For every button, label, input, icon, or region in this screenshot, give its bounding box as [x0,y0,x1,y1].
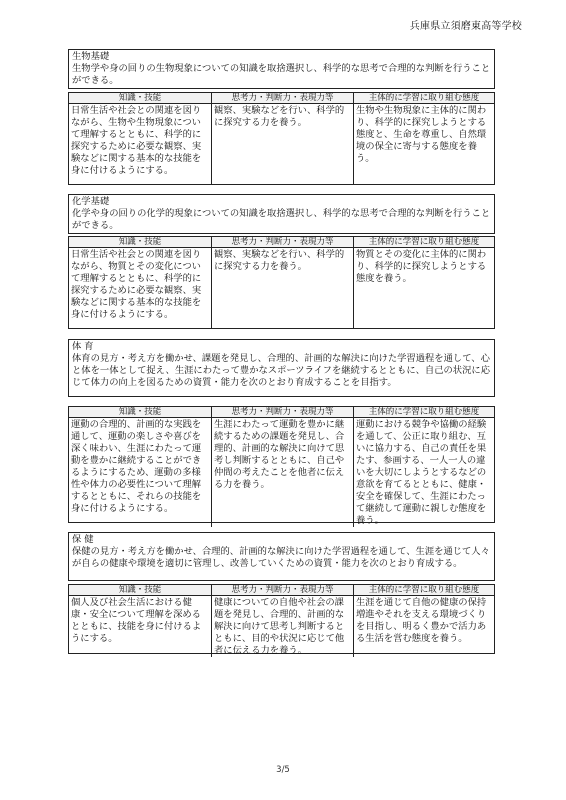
cell-thinking: 生涯にわたって運動を豊かに継続するための課題を発見し、合理的、計画的な解決に向け… [212,418,354,527]
subject-goal-box: 生物基礎 生物学や身の回りの生物現象についての知識を取捨選択し、科学的な思考で合… [68,49,495,89]
cell-thinking: 観察、実験などを行い、科学的に探究する力を養う。 [212,104,354,184]
subject-goal-box: 化学基礎 化学や身の回りの化学的現象についての知識を取捨選択し、科学的な思考で合… [68,194,495,234]
subject-title: 保 健 [72,534,491,546]
column-header-knowledge: 知識・技能 [69,407,212,418]
school-name: 兵庫県立須磨東高等学校 [410,17,522,32]
evaluation-table: 知識・技能 思考力・判断力・表現力等 主体的に学習に取り組む態度 日常生活や社会… [68,236,495,329]
page-number: 3/5 [0,765,566,775]
column-header-attitude: 主体的に学習に取り組む態度 [354,585,494,596]
cell-attitude: 生涯を通じて自他の健康の保持増進やそれを支える環境づくりを目指し、明るく豊かで活… [354,596,494,657]
subject-goal: 生物学や身の回りの生物現象についての知識を取捨選択し、科学的な思考で合理的な判断… [72,63,490,86]
subject-goal: 化学や身の回りの化学的現象についての知識を取捨選択し、科学的な思考で合理的な判断… [72,208,490,231]
cell-knowledge: 個人及び社会生活における健康・安全について理解を深めるとともに、技能を身に付ける… [69,596,212,657]
evaluation-table: 知識・技能 思考力・判断力・表現力等 主体的に学習に取り組む態度 日常生活や社会… [68,92,495,185]
column-header-knowledge: 知識・技能 [69,93,212,104]
cell-thinking: 観察、実験などを行い、科学的に探究する力を養う。 [212,248,354,328]
column-header-knowledge: 知識・技能 [69,237,212,248]
column-header-attitude: 主体的に学習に取り組む態度 [354,237,494,248]
evaluation-table: 知識・技能 思考力・判断力・表現力等 主体的に学習に取り組む態度 個人及び社会生… [68,584,495,654]
cell-thinking: 健康についての自他や社会の課題を発見し、合理的、計画的な解決に向けて思考し判断す… [212,596,354,657]
cell-attitude: 運動における競争や協働の経験を通して、公正に取り組む、互いに協力する、自己の責任… [354,418,494,527]
subject-goal: 保健の見方・考え方を働かせ、合理的、計画的な解決に向けた学習過程を通して、生涯を… [72,546,490,569]
column-header-attitude: 主体的に学習に取り組む態度 [354,407,494,418]
column-header-thinking: 思考力・判断力・表現力等 [212,585,354,596]
cell-knowledge: 運動の合理的、計画的な実践を通して、運動の楽しさや喜びを深く味わい、生涯にわたっ… [69,418,212,527]
subject-title: 体 育 [72,341,491,353]
section-physical-education: 体 育 体育の見方・考え方を働かせ、課題を発見し、合理的、計画的な解決に向けた学… [68,339,495,397]
evaluation-table: 知識・技能 思考力・判断力・表現力等 主体的に学習に取り組む態度 運動の合理的、… [68,406,495,523]
cell-knowledge: 日常生活や社会との関連を図りながら、物質とその変化について理解するとともに、科学… [69,248,212,328]
column-header-attitude: 主体的に学習に取り組む態度 [354,93,494,104]
subject-goal-box: 保 健 保健の見方・考え方を働かせ、合理的、計画的な解決に向けた学習過程を通して… [68,532,495,581]
subject-title: 化学基礎 [72,196,491,208]
column-header-thinking: 思考力・判断力・表現力等 [212,93,354,104]
cell-attitude: 生物や生物現象に主体的に関わり、科学的に探究しようとする態度と、生命を尊重し、自… [354,104,494,184]
column-header-thinking: 思考力・判断力・表現力等 [212,407,354,418]
column-header-knowledge: 知識・技能 [69,585,212,596]
cell-knowledge: 日常生活や社会との関連を図りながら、生物や生物現象について理解するとともに、科学… [69,104,212,184]
section-health: 保 健 保健の見方・考え方を働かせ、合理的、計画的な解決に向けた学習過程を通して… [68,532,495,581]
subject-goal-box: 体 育 体育の見方・考え方を働かせ、課題を発見し、合理的、計画的な解決に向けた学… [68,339,495,397]
subject-goal: 体育の見方・考え方を働かせ、課題を発見し、合理的、計画的な解決に向けた学習過程を… [72,353,490,388]
cell-attitude: 物質とその変化に主体的に関わり、科学的に探究しようとする態度を養う。 [354,248,494,328]
section-biology: 生物基礎 生物学や身の回りの生物現象についての知識を取捨選択し、科学的な思考で合… [68,49,495,89]
section-chemistry: 化学基礎 化学や身の回りの化学的現象についての知識を取捨選択し、科学的な思考で合… [68,194,495,234]
column-header-thinking: 思考力・判断力・表現力等 [212,237,354,248]
subject-title: 生物基礎 [72,51,491,63]
